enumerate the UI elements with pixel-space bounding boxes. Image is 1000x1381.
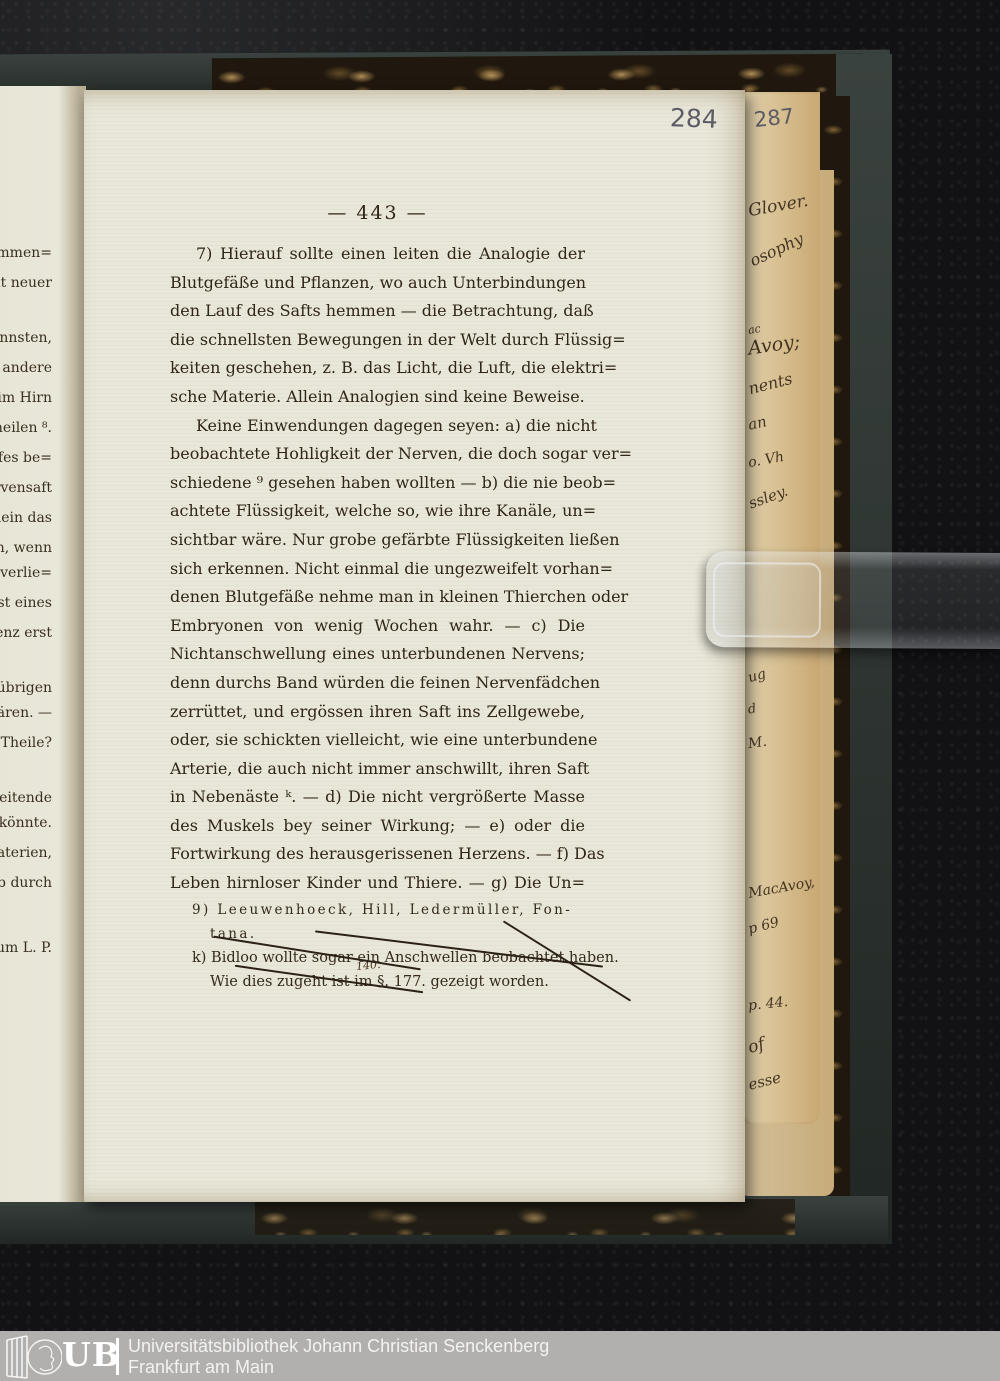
body-text: 7) Hierauf sollte einen leiten die Analo…	[170, 240, 585, 898]
left-page-line-fragment: schreitende	[0, 790, 52, 806]
footnotes: 9) Leeuwenhoeck, Hill, Ledermüller, Fon-…	[192, 898, 612, 994]
handwriting-fragment: o. Vh	[747, 449, 785, 471]
body-line: in Nebenäste ᵏ. — d) Die nicht vergrößer…	[170, 783, 585, 812]
body-line: oder, sie schickten vielleicht, wie eine…	[170, 726, 585, 755]
handwriting-fragment: p. 44.	[747, 994, 789, 1014]
handwriting-fragment: d	[747, 701, 758, 717]
left-page-line-fragment: ervensaft	[0, 480, 52, 496]
body-line: Keine Einwendungen dagegen seyen: a) die…	[170, 412, 585, 441]
body-line: achtete Flüssigkeit, welche so, wie ihre…	[170, 497, 585, 526]
library-name: Universitätsbibliothek Johann Christian …	[128, 1336, 549, 1357]
handwriting-fragment: esse	[746, 1068, 783, 1093]
left-page-line-fragment: lafes be=	[0, 450, 52, 466]
handwriting-fragment: an	[746, 412, 768, 433]
page-number: — 443 —	[170, 202, 585, 224]
left-page-line-fragment: halb durch	[0, 875, 52, 891]
left-page-line-fragment: m übrigen	[0, 680, 52, 696]
body-line: zerrüttet, und ergössen ihren Saft ins Z…	[170, 698, 585, 727]
body-line: keiten geschehen, z. B. das Licht, die L…	[170, 354, 585, 383]
handwriting-fragment: of	[746, 1034, 767, 1058]
body-line: denen Blutgefäße nehme man in kleinen Th…	[170, 583, 585, 612]
handwriting-fragment: osophy	[747, 229, 807, 270]
left-page-line-fragment: n Theile?	[0, 735, 52, 751]
left-page-line-fragment: Theilen ⁸.	[0, 420, 52, 436]
left-page-line-fragment: mit neuer	[0, 275, 52, 291]
pencil-folio-number-underlying: 287	[753, 104, 795, 132]
left-page-line-fragment: dünnsten,	[0, 330, 52, 346]
left-page-line-fragment: eyn könnte.	[0, 815, 52, 831]
handwriting-fragment: ug	[746, 666, 768, 686]
handwriting-fragment: MacAvoy,	[747, 874, 816, 901]
footnote-9-line1: 9) Leeuwenhoeck, Hill, Ledermüller, Fon-	[192, 898, 612, 922]
marbled-border-bottom	[255, 1199, 795, 1235]
body-line: sichtbar wäre. Nur grobe gefärbte Flüssi…	[170, 526, 585, 555]
logo-divider	[116, 1338, 119, 1375]
handwriting-fragment: Glover.	[747, 191, 810, 221]
logo-graphic	[4, 1333, 62, 1379]
handwriting-fragment: M.	[747, 734, 768, 752]
book-page-443: — 443 — 284 7) Hierauf sollte einen leit…	[84, 90, 745, 1202]
left-page-line-fragment: als andere	[0, 360, 52, 376]
body-line: Blutgefäße und Pflanzen, wo auch Unterbi…	[170, 269, 585, 298]
plastic-holder-cap	[713, 562, 822, 638]
body-line: des Muskels bey seiner Wirkung; — e) ode…	[170, 812, 585, 841]
library-banner: UB Universitätsbibliothek Johann Christi…	[0, 1331, 1000, 1381]
handwriting-fragment: ssley.	[746, 482, 790, 513]
body-line: 7) Hierauf sollte einen leiten die Analo…	[170, 240, 585, 269]
left-page-line-fragment: orum L. P.	[0, 940, 52, 956]
left-page-line-fragment: Materien,	[0, 845, 52, 861]
left-page-line-fragment: wären. —	[0, 705, 52, 721]
body-line: die schnellsten Bewegungen in der Welt d…	[170, 326, 585, 355]
logo-ub-text: UB	[62, 1335, 121, 1374]
body-line: Fortwirkung des herausgerissenen Herzens…	[170, 840, 585, 869]
left-page-line-fragment: llein das	[0, 510, 52, 526]
handwriting-fragment: p 69	[747, 914, 781, 937]
body-line: Nichtanschwellung eines unterbundenen Ne…	[170, 640, 585, 669]
library-logo: UB	[4, 1333, 124, 1379]
body-line: Embryonen von wenig Wochen wahr. — c) Di…	[170, 612, 585, 641]
handwriting-fragment: ac	[747, 322, 762, 337]
body-line: schiedene ⁹ gesehen haben wollten — b) d…	[170, 469, 585, 498]
body-line: beobachtete Hohligkeit der Nerven, die d…	[170, 440, 585, 469]
body-line: den Lauf des Safts hemmen — die Betracht…	[170, 297, 585, 326]
plastic-page-holder[interactable]	[706, 551, 1000, 649]
left-page-line-fragment: usammen=	[0, 245, 52, 261]
body-line: Arterie, die auch nicht immer anschwillt…	[170, 755, 585, 784]
body-line: Leben hirnloser Kinder und Thiere. — g) …	[170, 869, 585, 898]
left-page-line-fragment: as verlie=	[0, 565, 52, 581]
left-page-line-fragment: en, wenn	[0, 540, 52, 556]
body-line: sche Materie. Allein Analogien sind kein…	[170, 383, 585, 412]
left-page-line-fragment: ts im Hirn	[0, 390, 52, 406]
body-line: sich erkennen. Nicht einmal die ungezwei…	[170, 555, 585, 584]
book-scan: 287 Glover.osophyacAvoy;nentsano. Vhssle…	[0, 0, 1000, 1381]
pencil-folio-number: 284	[670, 103, 719, 134]
library-city: Frankfurt am Main	[128, 1357, 274, 1378]
left-page-line-fragment: lust eines	[0, 595, 52, 611]
left-page-line-fragment: istenz erst	[0, 625, 52, 641]
body-line: denn durchs Band würden die feinen Nerve…	[170, 669, 585, 698]
handwriting-fragment: nents	[746, 369, 794, 398]
